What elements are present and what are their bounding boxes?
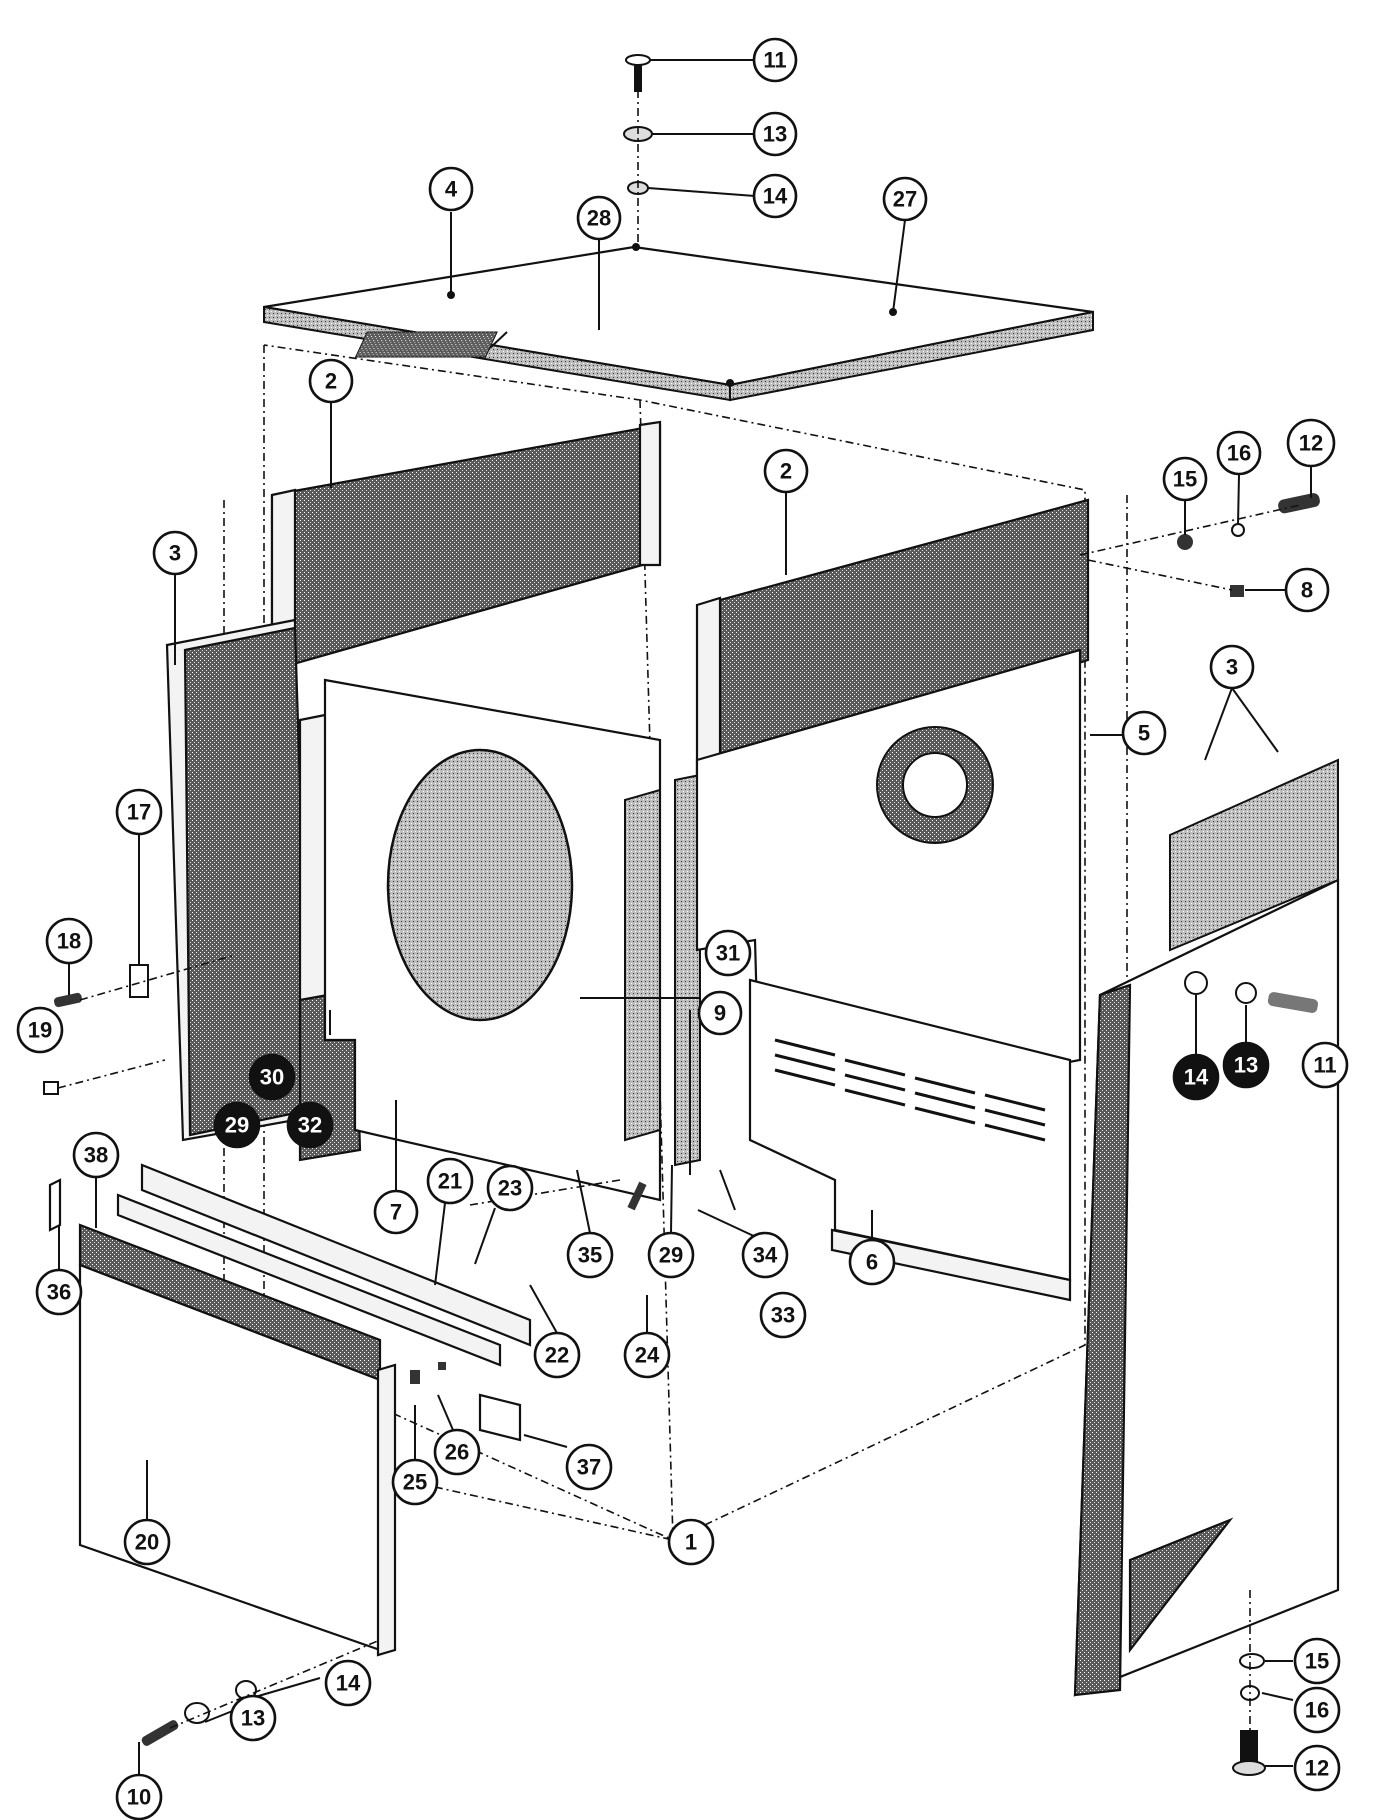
- callout-5: 5: [1123, 712, 1165, 754]
- callout-19: 19: [18, 1008, 62, 1052]
- callout-9: 9: [699, 992, 741, 1034]
- svg-text:5: 5: [1138, 721, 1150, 746]
- callout-35: 35: [568, 1233, 612, 1277]
- svg-text:16: 16: [1227, 441, 1251, 466]
- svg-text:30: 30: [260, 1065, 284, 1090]
- svg-text:7: 7: [390, 1200, 402, 1225]
- svg-text:15: 15: [1305, 1649, 1329, 1674]
- svg-text:2: 2: [780, 459, 792, 484]
- callout-4: 4: [430, 168, 472, 210]
- callout-30: 30: [250, 1055, 294, 1099]
- svg-text:14: 14: [763, 184, 788, 209]
- svg-text:19: 19: [28, 1018, 52, 1043]
- callout-12-bottom: 12: [1295, 1746, 1339, 1790]
- callout-31: 31: [706, 931, 750, 975]
- callout-14-inverted: 14: [1174, 1055, 1218, 1099]
- callout-1: 1: [669, 1520, 713, 1564]
- svg-text:13: 13: [241, 1706, 265, 1731]
- callout-16-top: 16: [1218, 432, 1260, 474]
- svg-text:16: 16: [1305, 1698, 1329, 1723]
- callout-13-bottom: 13: [231, 1696, 275, 1740]
- svg-text:29: 29: [225, 1113, 249, 1138]
- callout-33: 33: [761, 1293, 805, 1337]
- top-cover: [264, 243, 1093, 400]
- callout-3-left: 3: [154, 532, 196, 574]
- callout-16-bottom: 16: [1295, 1688, 1339, 1732]
- svg-text:8: 8: [1301, 578, 1313, 603]
- svg-text:10: 10: [127, 1785, 151, 1810]
- callout-13-top: 13: [754, 113, 796, 155]
- svg-text:3: 3: [169, 541, 181, 566]
- svg-text:9: 9: [714, 1001, 726, 1026]
- svg-text:36: 36: [47, 1280, 71, 1305]
- svg-text:11: 11: [1313, 1053, 1336, 1078]
- svg-text:28: 28: [587, 206, 611, 231]
- callout-26: 26: [435, 1430, 479, 1474]
- svg-text:27: 27: [893, 187, 917, 212]
- callout-11-top: 11: [754, 39, 796, 81]
- callout-38: 38: [74, 1133, 118, 1177]
- callout-8: 8: [1286, 569, 1328, 611]
- callout-25: 25: [393, 1460, 437, 1504]
- callout-7: 7: [375, 1191, 417, 1233]
- diagram-canvas: 11 13 14 4 28 27 2 2 12 16 15 8 3 3 5 17…: [0, 0, 1385, 1820]
- svg-text:14: 14: [1184, 1065, 1209, 1090]
- callout-36: 36: [37, 1270, 81, 1314]
- svg-text:2: 2: [325, 369, 337, 394]
- callout-10: 10: [117, 1775, 161, 1819]
- callout-20: 20: [125, 1520, 169, 1564]
- svg-text:33: 33: [771, 1303, 795, 1328]
- svg-text:3: 3: [1226, 655, 1238, 680]
- svg-text:18: 18: [57, 929, 81, 954]
- svg-text:6: 6: [866, 1250, 878, 1275]
- svg-text:15: 15: [1173, 467, 1197, 492]
- callout-11-right: 11: [1303, 1043, 1347, 1087]
- svg-text:29: 29: [659, 1243, 683, 1268]
- callout-2-left: 2: [310, 360, 352, 402]
- callout-23: 23: [488, 1166, 532, 1210]
- callout-18: 18: [47, 919, 91, 963]
- callout-2-right: 2: [765, 450, 807, 492]
- svg-text:11: 11: [763, 48, 786, 73]
- callout-15-bottom: 15: [1295, 1639, 1339, 1683]
- callout-37: 37: [567, 1445, 611, 1489]
- callout-13-inverted: 13: [1224, 1043, 1268, 1087]
- front-kick-panel: [50, 1165, 530, 1655]
- svg-text:32: 32: [298, 1113, 322, 1138]
- side-panel-right: [1075, 760, 1338, 1695]
- svg-text:1: 1: [685, 1530, 697, 1555]
- svg-text:31: 31: [716, 941, 740, 966]
- parts-diagram: 11 13 14 4 28 27 2 2 12 16 15 8 3 3 5 17…: [0, 0, 1385, 1820]
- svg-text:24: 24: [635, 1343, 660, 1368]
- svg-text:13: 13: [1234, 1053, 1258, 1078]
- callout-17: 17: [117, 790, 161, 834]
- callout-12-top: 12: [1288, 420, 1334, 466]
- svg-text:12: 12: [1305, 1756, 1329, 1781]
- callout-21: 21: [428, 1159, 472, 1203]
- callout-14-bottom: 14: [326, 1661, 370, 1705]
- callout-15-top: 15: [1164, 458, 1206, 500]
- svg-text:13: 13: [763, 122, 787, 147]
- svg-text:26: 26: [445, 1440, 469, 1465]
- callout-34: 34: [743, 1233, 787, 1277]
- svg-text:14: 14: [336, 1671, 361, 1696]
- svg-text:25: 25: [403, 1470, 427, 1495]
- svg-text:17: 17: [127, 800, 151, 825]
- callout-32: 32: [288, 1103, 332, 1147]
- svg-text:4: 4: [445, 177, 458, 202]
- callout-27: 27: [884, 178, 926, 220]
- baffle-panel: [325, 680, 700, 1200]
- svg-text:12: 12: [1299, 431, 1323, 456]
- svg-text:21: 21: [438, 1169, 462, 1194]
- svg-text:20: 20: [135, 1530, 159, 1555]
- callout-14-top: 14: [754, 175, 796, 217]
- svg-text:35: 35: [578, 1243, 602, 1268]
- svg-text:37: 37: [577, 1455, 601, 1480]
- callout-28: 28: [578, 197, 620, 239]
- callout-3-right: 3: [1211, 646, 1253, 688]
- svg-text:34: 34: [753, 1243, 778, 1268]
- callout-22: 22: [535, 1333, 579, 1377]
- callout-29-right: 29: [649, 1233, 693, 1277]
- svg-text:23: 23: [498, 1176, 522, 1201]
- callout-6: 6: [850, 1240, 894, 1284]
- svg-text:22: 22: [545, 1343, 569, 1368]
- callout-29-left: 29: [215, 1103, 259, 1147]
- svg-text:38: 38: [84, 1143, 108, 1168]
- callout-24: 24: [625, 1333, 669, 1377]
